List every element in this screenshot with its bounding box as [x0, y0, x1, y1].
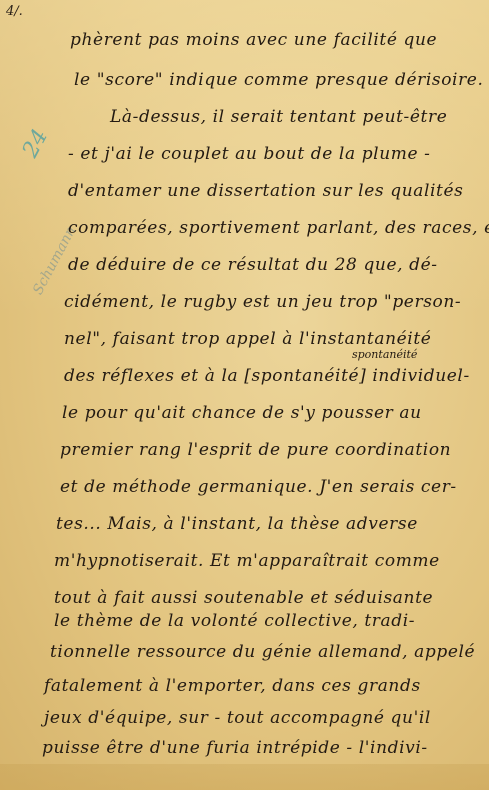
text-line: tionnelle ressource du génie allemand, a… — [50, 642, 475, 662]
text-line: de déduire de ce résultat du 28 que, dé- — [68, 255, 438, 275]
text-line: phèrent pas moins avec une facilité que — [70, 30, 437, 50]
text-line: m'hypnotiserait. Et m'apparaîtrait comme — [54, 551, 440, 571]
text-line: d'entamer une dissertation sur les quali… — [68, 181, 463, 201]
text-line: et de méthode germanique. J'en serais ce… — [60, 477, 457, 497]
text-line: comparées, sportivement parlant, des rac… — [68, 218, 489, 238]
text-line: tout à fait aussi soutenable et séduisan… — [54, 588, 433, 608]
margin-annotation-ink: 24 — [18, 125, 53, 161]
text-line: cidément, le rugby est un jeu trop "pers… — [64, 292, 461, 312]
text-line: puisse être d'une furia intrépide - l'in… — [42, 738, 428, 758]
text-line: premier rang l'esprit de pure coordinati… — [60, 440, 451, 460]
text-line: le thème de la volonté collective, tradi… — [54, 611, 415, 631]
page-number: 4/. — [6, 4, 23, 19]
text-line: tes... Mais, à l'instant, la thèse adver… — [56, 514, 418, 534]
text-line: le "score" indique comme presque dérisoi… — [74, 70, 483, 90]
text-line: jeux d'équipe, sur - tout accompagné qu'… — [44, 708, 431, 728]
text-line: - et j'ai le couplet au bout de la plume… — [68, 144, 431, 164]
interlinear-insertion: spontanéité — [352, 348, 417, 361]
text-line: Là-dessus, il serait tentant peut-être — [110, 107, 447, 127]
manuscript-page: 4/. 24 Schumann spontanéité phèrent pas … — [0, 0, 489, 790]
text-line: des réflexes et à la [spontanéité] indiv… — [64, 366, 470, 386]
text-line: fatalement à l'emporter, dans ces grands — [44, 676, 421, 696]
text-line: le pour qu'ait chance de s'y pousser au — [62, 403, 422, 423]
text-line: nel", faisant trop appel à l'instantanéi… — [64, 329, 431, 349]
